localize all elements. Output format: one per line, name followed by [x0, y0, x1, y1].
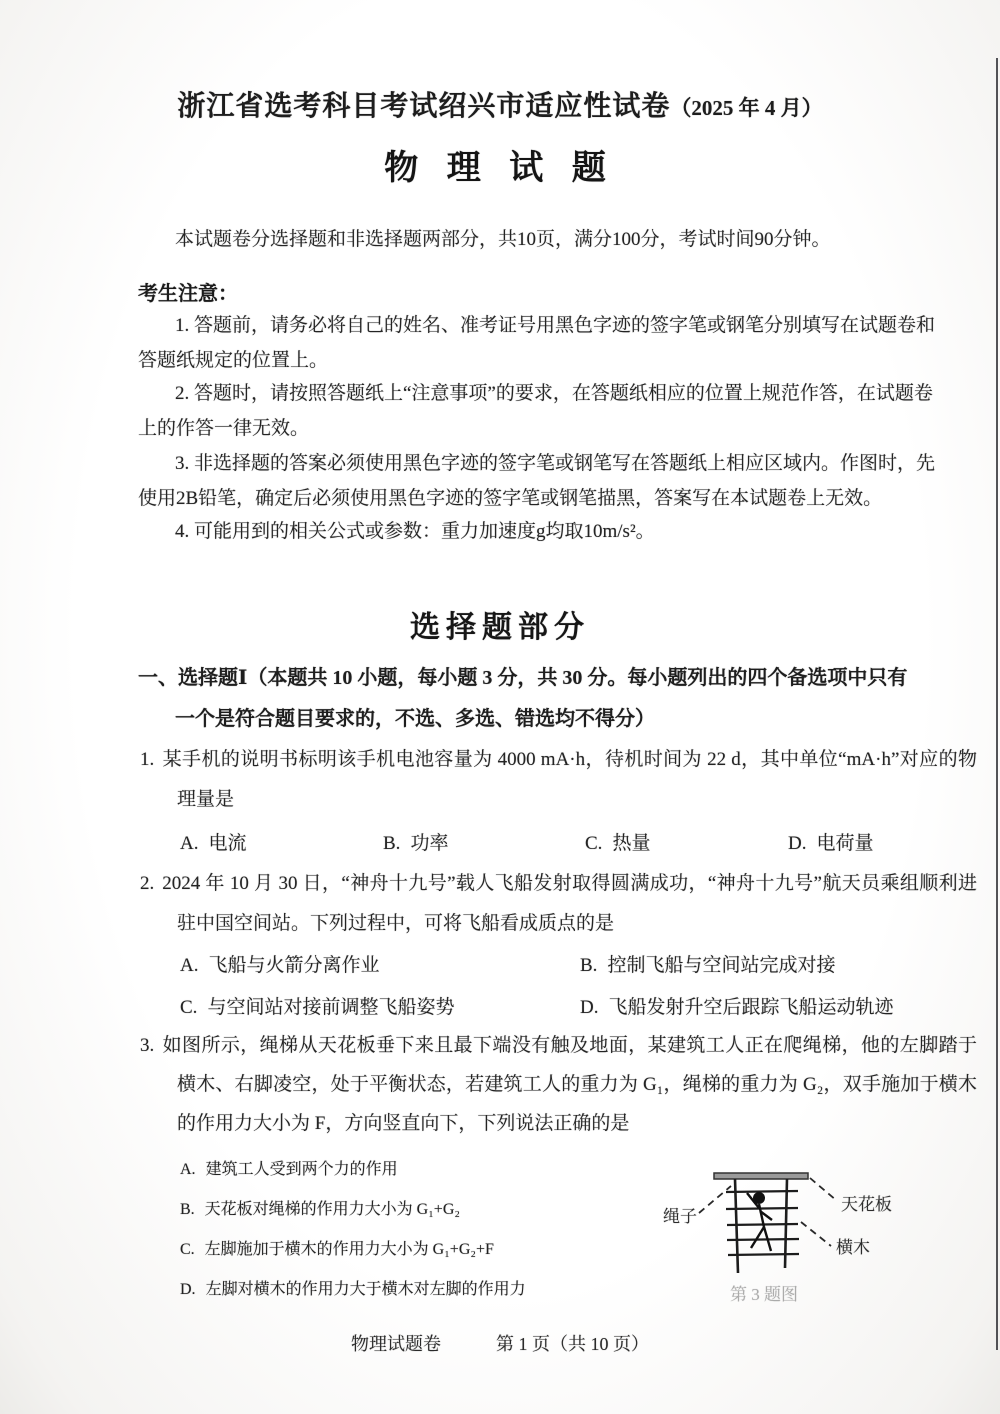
q1-option-a: A.电流 — [180, 824, 383, 864]
exam-paper-page: 浙江省选考科目考试绍兴市适应性试卷（2025 年 4 月） 物 理 试 题 本试… — [0, 0, 1000, 1414]
question-2-stem: 2024 年 10 月 30 日，“神舟十九号”载人飞船发射取得圆满成功，“神舟… — [162, 873, 977, 934]
q2-option-a-label: A. — [180, 955, 208, 976]
scan-edge-artifact — [996, 58, 998, 1350]
q1-option-d-text: 电荷量 — [816, 833, 873, 854]
q2-option-c-label: C. — [180, 997, 207, 1018]
q3-option-a-text: 建筑工人受到两个力的作用 — [206, 1161, 398, 1178]
q3-option-a-label: A. — [180, 1161, 206, 1178]
question-1-options: A.电流 B.功率 C.热量 D.电荷量 — [180, 824, 940, 864]
figure-label-crossbar: 横木 — [836, 1238, 870, 1257]
q1-option-b: B.功率 — [383, 824, 585, 864]
q1-option-c: C.热量 — [585, 824, 788, 864]
subject-title: 物 理 试 题 — [0, 140, 1000, 189]
page-footer: 物理试题卷第 1 页（共 10 页） — [0, 1330, 1000, 1356]
figure-ceiling-bar — [714, 1173, 808, 1179]
q3-option-b: B.天花板对绳梯的作用力大小为 G₁+G₂ — [180, 1190, 650, 1230]
q1-option-d: D.电荷量 — [788, 824, 874, 864]
paper-title-date: （2025 年 4 月） — [670, 96, 822, 120]
q1-option-b-label: B. — [383, 833, 410, 854]
q3-option-d: D.左脚对横木的作用力大于横木对左脚的作用力 — [180, 1270, 650, 1310]
q1-option-d-label: D. — [788, 833, 816, 854]
section-intro: 一、选择题Ⅰ（本题共 10 小题，每小题 3 分，共 30 分。每小题列出的四个… — [138, 658, 943, 740]
q1-option-c-label: C. — [585, 833, 612, 854]
q1-option-a-text: 电流 — [208, 833, 246, 854]
question-3: 3.如图所示，绳梯从天花板垂下来且最下端没有触及地面，某建筑工人正在爬绳梯，他的… — [140, 1026, 977, 1143]
figure-rope-left — [735, 1179, 738, 1273]
notice-heading: 考生注意： — [138, 277, 238, 306]
q1-option-b-text: 功率 — [410, 833, 448, 854]
notice-item-3: 3. 非选择题的答案必须使用黑色字迹的签字笔或钢笔写在答题纸上相应区域内。作图时… — [138, 446, 938, 516]
q2-option-b-label: B. — [580, 955, 607, 976]
footer-page-number: 第 1 页（共 10 页） — [496, 1334, 649, 1354]
notice-item-4: 4. 可能用到的相关公式或参数：重力加速度g均取10m/s²。 — [138, 514, 938, 549]
leader-crossbar — [801, 1222, 831, 1246]
figure-label-rope: 绳子 — [663, 1207, 697, 1226]
q2-option-d-label: D. — [580, 997, 608, 1018]
q3-option-c: C.左脚施加于横木的作用力大小为 G₁+G₂+F — [180, 1230, 650, 1270]
q3-option-d-label: D. — [180, 1281, 206, 1298]
q3-option-c-label: C. — [180, 1241, 205, 1258]
question-2-number: 2. — [140, 873, 162, 894]
footer-paper-name: 物理试题卷 — [351, 1334, 441, 1354]
question-2: 2.2024 年 10 月 30 日，“神舟十九号”载人飞船发射取得圆满成功，“… — [140, 864, 977, 944]
q2-option-b-text: 控制飞船与空间站完成对接 — [607, 955, 835, 976]
question-2-options-row1: A.飞船与火箭分离作业 B.控制飞船与空间站完成对接 — [180, 946, 940, 986]
figure-label-ceiling: 天花板 — [841, 1195, 892, 1214]
paper-title-text: 浙江省选考科目考试绍兴市适应性试卷 — [177, 91, 670, 122]
paper-intro: 本试题卷分选择题和非选择题两部分，共10页，满分100分，考试时间90分钟。 — [138, 222, 938, 257]
q1-option-a-label: A. — [180, 833, 208, 854]
q3-option-d-text: 左脚对横木的作用力大于横木对左脚的作用力 — [206, 1281, 526, 1298]
figure-caption: 第 3 题图 — [730, 1285, 798, 1304]
paper-title: 浙江省选考科目考试绍兴市适应性试卷（2025 年 4 月） — [0, 84, 1000, 124]
q1-option-c-text: 热量 — [612, 833, 650, 854]
q3-option-a: A.建筑工人受到两个力的作用 — [180, 1150, 650, 1190]
question-1-stem: 某手机的说明书标明该手机电池容量为 4000 mA·h，待机时间为 22 d，其… — [162, 749, 977, 810]
leader-ceiling — [810, 1178, 836, 1200]
q2-option-b: B.控制飞船与空间站完成对接 — [580, 946, 835, 986]
q2-option-a: A.飞船与火箭分离作业 — [180, 946, 580, 986]
question-2-options-row2: C.与空间站对接前调整飞船姿势 D.飞船发射升空后跟踪飞船运动轨迹 — [180, 988, 940, 1028]
question-3-number: 3. — [140, 1035, 162, 1056]
q2-option-d-text: 飞船发射升空后跟踪飞船运动轨迹 — [608, 997, 893, 1018]
section-intro-line2: 一个是符合题目要求的，不选、多选、错选均不得分） — [138, 699, 943, 740]
question-1: 1.某手机的说明书标明该手机电池容量为 4000 mA·h，待机时间为 22 d… — [140, 740, 977, 820]
question-1-number: 1. — [140, 749, 162, 770]
q3-option-b-label: B. — [180, 1201, 205, 1218]
question-3-figure: 绳子 天花板 横木 第 3 题图 — [655, 1160, 945, 1315]
q2-option-c-text: 与空间站对接前调整飞船姿势 — [207, 997, 454, 1018]
section-heading: 选择题部分 — [0, 602, 1000, 646]
q3-option-b-text: 天花板对绳梯的作用力大小为 G₁+G₂ — [205, 1201, 460, 1218]
question-3-options: A.建筑工人受到两个力的作用 B.天花板对绳梯的作用力大小为 G₁+G₂ C.左… — [180, 1150, 650, 1310]
section-intro-line1: 一、选择题Ⅰ（本题共 10 小题，每小题 3 分，共 30 分。每小题列出的四个… — [138, 667, 907, 689]
notice-item-1: 1. 答题前，请务必将自己的姓名、准考证号用黑色字迹的签字笔或钢笔分别填写在试题… — [138, 308, 938, 378]
figure-worker — [747, 1192, 772, 1251]
q2-option-d: D.飞船发射升空后跟踪飞船运动轨迹 — [580, 988, 894, 1028]
q2-option-a-text: 飞船与火箭分离作业 — [208, 955, 379, 976]
q2-option-c: C.与空间站对接前调整飞船姿势 — [180, 988, 580, 1028]
notice-item-2: 2. 答题时，请按照答题纸上“注意事项”的要求，在答题纸相应的位置上规范作答，在… — [138, 376, 938, 446]
question-3-stem: 如图所示，绳梯从天花板垂下来且最下端没有触及地面，某建筑工人正在爬绳梯，他的左脚… — [162, 1035, 977, 1134]
q3-option-c-text: 左脚施加于横木的作用力大小为 G₁+G₂+F — [205, 1241, 494, 1258]
